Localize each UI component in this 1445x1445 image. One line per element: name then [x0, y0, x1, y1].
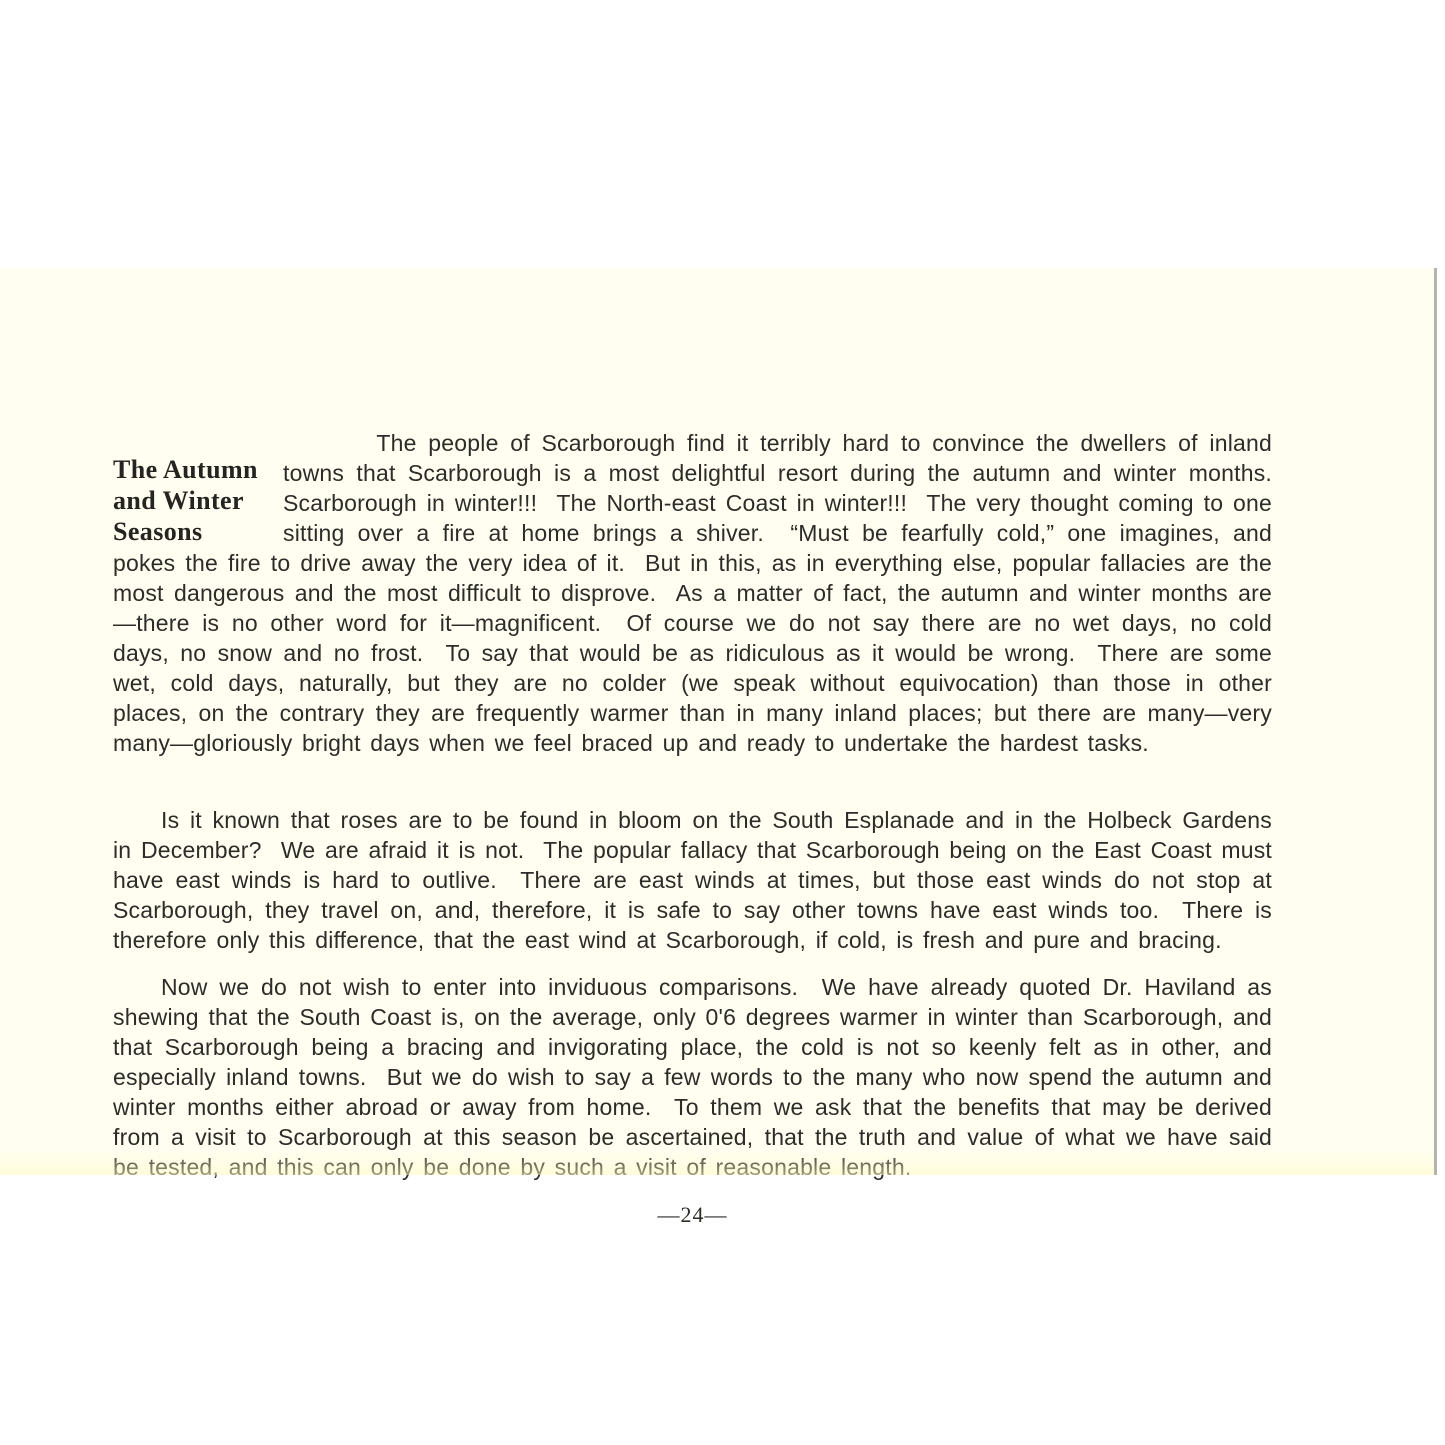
paragraph-autumn-winter-intro: The Autumn and Winter Seasons The people… — [113, 398, 1272, 788]
section-heading-line: and Winter — [113, 485, 283, 516]
page-content: The Autumn and Winter Seasons The people… — [0, 268, 1434, 1230]
scan-background: The Autumn and Winter Seasons The people… — [0, 0, 1445, 1445]
paragraph-comparisons: Now we do not wish to enter into inviduo… — [113, 972, 1272, 1182]
section-heading: The Autumn and Winter Seasons — [113, 428, 283, 547]
section-heading-line: Seasons — [113, 516, 283, 547]
section-heading-line: The Autumn — [113, 454, 283, 485]
page-number: —24— — [113, 1200, 1272, 1230]
paragraph-text: The people of Scarborough find it terrib… — [113, 430, 1291, 756]
paragraph-roses-east-winds: Is it known that roses are to be found i… — [113, 805, 1272, 955]
book-page: The Autumn and Winter Seasons The people… — [0, 268, 1437, 1175]
